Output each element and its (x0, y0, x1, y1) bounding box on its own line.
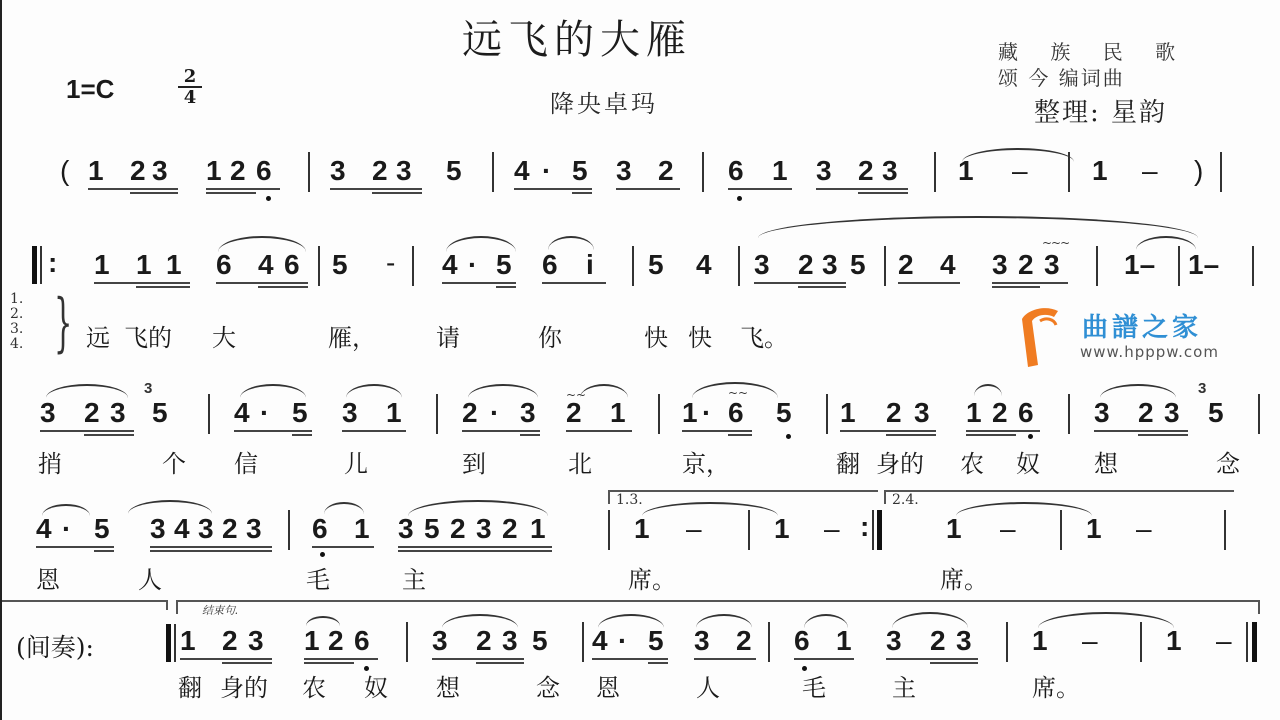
note: 3 (432, 626, 448, 656)
note: 4 (940, 250, 956, 280)
underline (514, 188, 592, 190)
note: 2 (502, 514, 518, 544)
bar-line (748, 510, 750, 550)
note: 6 (542, 250, 558, 280)
ending-label: 结束句. (202, 602, 239, 618)
note: · (490, 398, 499, 428)
note: 4 (174, 514, 190, 544)
watermark-logo: 曲譜之家 www.hpppw.com (1012, 303, 1272, 373)
note: 3 (822, 250, 838, 280)
note: 2 (230, 156, 246, 186)
slur (1100, 384, 1176, 398)
underline (222, 662, 272, 664)
note: 5 (292, 398, 308, 428)
low-octave-dot (1028, 434, 1033, 439)
note: 1 (1032, 626, 1048, 656)
note: 3 (520, 398, 536, 428)
tie (1038, 612, 1174, 628)
note: 2 (328, 626, 344, 656)
underline (330, 188, 422, 190)
note: 1 (530, 514, 546, 544)
note-high-octave: i (586, 250, 594, 280)
bar-line (738, 246, 740, 286)
lyric: 恩 (596, 668, 620, 703)
note: 3 (1094, 398, 1110, 428)
bar-line (1068, 152, 1070, 192)
note: 1 (634, 514, 650, 544)
note: 3 (150, 514, 166, 544)
underline (206, 188, 280, 190)
lyric: 大 (212, 318, 236, 353)
underline (592, 658, 668, 660)
low-octave-dot (320, 552, 325, 557)
note: 2 (1138, 398, 1154, 428)
slur (974, 384, 1002, 396)
note: 2 (450, 514, 466, 544)
bar-line (1224, 510, 1226, 550)
bar-line (1178, 246, 1180, 286)
underline (496, 286, 516, 288)
note: 1 (304, 626, 320, 656)
note: 5 (532, 626, 548, 656)
bar-line (658, 394, 660, 434)
bar-line (1060, 510, 1062, 550)
bar-line (608, 510, 610, 550)
lyric: 席。 (940, 560, 988, 595)
underline (84, 434, 134, 436)
underline (94, 282, 190, 284)
verse-brace: } (54, 288, 72, 358)
lyric: 身的 (876, 444, 924, 479)
low-octave-dot (266, 196, 271, 201)
bar-line (288, 510, 290, 550)
lyric: 信 (234, 444, 258, 479)
note: · (62, 514, 71, 544)
note: 3 (476, 514, 492, 544)
note: 3 (40, 398, 56, 428)
bar-line (308, 152, 310, 192)
note: 3 (248, 626, 264, 656)
dash: – (1136, 514, 1152, 544)
underline (398, 546, 552, 548)
note: 3 (1164, 398, 1180, 428)
underline (966, 434, 1016, 436)
lyric: 席。 (628, 560, 676, 595)
note: 3 (110, 398, 126, 428)
note: 1 (354, 514, 370, 544)
lyric: 快 (644, 318, 668, 353)
bar-line (826, 394, 828, 434)
repeat-start-thin-bar (40, 246, 42, 284)
verse-number: 4. (10, 337, 30, 352)
note: 3 (816, 156, 832, 186)
bar-line (1258, 394, 1260, 434)
underline (1138, 434, 1188, 436)
note-held: 1– (1188, 250, 1219, 280)
note: 1 (136, 250, 152, 280)
underline (432, 658, 524, 660)
underline (728, 434, 752, 436)
note: 5 (648, 626, 664, 656)
dash: – (1082, 626, 1098, 656)
note: 2 (658, 156, 674, 186)
repeat-end-thin-bar (872, 510, 874, 550)
verse-number: 1. (10, 292, 30, 307)
lyric: 念 (1216, 444, 1240, 479)
hpppw-logo-icon (1018, 305, 1062, 367)
underline (94, 550, 114, 552)
underline (616, 188, 680, 190)
note: · (542, 156, 551, 186)
note: 2 (372, 156, 388, 186)
note: 2 (476, 626, 492, 656)
lyric: 念 (536, 668, 560, 703)
underline (292, 434, 312, 436)
dash: – (1000, 514, 1016, 544)
note: 1 (774, 514, 790, 544)
tie (1136, 236, 1196, 250)
underline (476, 662, 524, 664)
bar-line (1220, 152, 1222, 192)
underline (728, 188, 792, 190)
note: 3 (956, 626, 972, 656)
lyric: 人 (696, 668, 720, 703)
bar-line (436, 394, 438, 434)
note: 1 (94, 250, 110, 280)
underline (966, 430, 1040, 432)
score-row-verse-3: 4 · 5 3 4 3 2 3 6 1 3 5 2 3 2 1 1.3. 1 – (2, 488, 1280, 588)
lyric: 主 (402, 560, 426, 595)
lyric: 个 (162, 444, 186, 479)
tie (642, 502, 778, 516)
underline (136, 286, 190, 288)
lyric: 主 (892, 668, 916, 703)
note: 5 (572, 156, 588, 186)
slur (468, 384, 538, 398)
note: 3 (330, 156, 346, 186)
lyric: 席。 (1032, 668, 1080, 703)
bar-line (1096, 246, 1098, 286)
dash: – (824, 514, 840, 544)
score-page: 远飞的大雁 降央卓玛 1=C 2 4 藏 族 民 歌 颂 今 编词曲 整理: 星… (0, 0, 1280, 720)
underline (520, 434, 540, 436)
note: 6 (1018, 398, 1034, 428)
underline (372, 192, 422, 194)
note: 1 (966, 398, 982, 428)
verse-number: 2. (10, 307, 30, 322)
bar-line (884, 246, 886, 286)
note: 3 (754, 250, 770, 280)
note: 3 (152, 156, 168, 186)
lyric: 飞。 (740, 318, 788, 353)
score-row-ending: 结束句. (间奏): 1 2 3 1 2 6 3 2 3 5 4 · 5 3 2 (2, 596, 1280, 720)
lyric: 身的 (220, 668, 268, 703)
score-row-intro: ( 1 2 3 1 2 6 3 2 3 5 4 · 5 3 2 6 1 3 2 … (2, 150, 1280, 210)
volta-bracket-1 (608, 490, 878, 504)
note: 6 (354, 626, 370, 656)
verse-numbers: 1. 2. 3. 4. (10, 292, 30, 352)
repeat-end-dots: : (860, 512, 869, 542)
underline (886, 434, 936, 436)
lyric: 奴 (1016, 444, 1040, 479)
underline (150, 546, 272, 548)
time-signature-top: 2 (184, 66, 197, 87)
bar-line (934, 152, 936, 192)
note: 1 (610, 398, 626, 428)
note: 2 (84, 398, 100, 428)
note: · (468, 250, 477, 280)
underline (648, 662, 668, 664)
note: 4 (592, 626, 608, 656)
underline (992, 286, 1040, 288)
note: 5 (776, 398, 792, 428)
lyric: 京， (682, 444, 730, 479)
note: 3 (886, 626, 902, 656)
bar-line (1006, 622, 1008, 662)
underline (794, 658, 854, 660)
note: 2 (462, 398, 478, 428)
note: 1 (836, 626, 852, 656)
note: 5 (94, 514, 110, 544)
note: 1 (682, 398, 698, 428)
note: 2 (886, 398, 902, 428)
volta-bracket-2 (884, 490, 1234, 504)
low-octave-dot (786, 434, 791, 439)
underline (234, 430, 312, 432)
watermark-url: www.hpppw.com (1080, 343, 1219, 361)
note: 1 (180, 626, 196, 656)
lyric: 想 (436, 668, 460, 703)
note: 1 (1166, 626, 1182, 656)
note: 1 (958, 156, 974, 186)
slur (240, 384, 306, 398)
bar-line (702, 152, 704, 192)
bar-line (582, 622, 584, 662)
note: 3 (992, 250, 1008, 280)
bar-line (632, 246, 634, 286)
note: · (260, 398, 269, 428)
volta-label-1: 1.3. (616, 492, 643, 508)
final-thin-bar (1246, 622, 1248, 662)
underline (312, 546, 374, 548)
note-trill: 2 (566, 398, 582, 428)
note: 1 (946, 514, 962, 544)
note: 5 (152, 398, 168, 428)
underline (566, 430, 632, 432)
bar-line (492, 152, 494, 192)
lyric: 雁， (328, 318, 376, 353)
underline (88, 188, 178, 190)
bar-line (406, 622, 408, 662)
bar-line (1068, 394, 1070, 434)
repeat-start-thick-bar (32, 246, 37, 284)
note: 1 (166, 250, 182, 280)
note: 5 (1208, 398, 1224, 428)
interlude-label: (间奏): (16, 628, 94, 664)
close-paren: ) (1194, 156, 1203, 186)
note: 4 (442, 250, 458, 280)
underline (304, 658, 378, 660)
underline (258, 286, 308, 288)
underline (572, 192, 592, 194)
lyric: 北 (568, 444, 592, 479)
underline (682, 430, 752, 432)
underline (542, 282, 606, 284)
note: 5 (648, 250, 664, 280)
underline (180, 658, 272, 660)
repeat-start-thin-bar (174, 624, 176, 662)
note: 5 (446, 156, 462, 186)
lyric: 儿 (344, 444, 368, 479)
slur (580, 384, 628, 398)
lyric: 捎 (38, 444, 62, 479)
underline (304, 662, 354, 664)
note: 1 (1092, 156, 1108, 186)
watermark-brand: 曲譜之家 (1082, 307, 1202, 344)
tie (956, 502, 1092, 516)
note: 3 (342, 398, 358, 428)
lyric: 农 (302, 668, 326, 703)
open-paren: ( (60, 156, 69, 186)
underline (992, 282, 1068, 284)
underline (342, 430, 406, 432)
note-trill: 3 (1044, 250, 1060, 280)
note: 3 (398, 514, 414, 544)
note: 2 (798, 250, 814, 280)
dash: – (1142, 156, 1158, 186)
note: 6 (284, 250, 300, 280)
underline (816, 188, 908, 190)
note: 2 (130, 156, 146, 186)
lyric: 奴 (364, 668, 388, 703)
note: 4 (258, 250, 274, 280)
note: 6 (216, 250, 232, 280)
note: 1 (840, 398, 856, 428)
note: 2 (736, 626, 752, 656)
note: 4 (234, 398, 250, 428)
lyric: 到 (462, 444, 486, 479)
underline (442, 282, 516, 284)
underline (150, 550, 272, 552)
bar-line (1252, 246, 1254, 286)
underline (216, 282, 308, 284)
note: 5 (496, 250, 512, 280)
underline (798, 286, 846, 288)
note: 3 (882, 156, 898, 186)
note: 2 (1018, 250, 1034, 280)
bar-line (768, 622, 770, 662)
note: 2 (898, 250, 914, 280)
underline (840, 430, 936, 432)
dash: – (1216, 626, 1232, 656)
lyric: 想 (1094, 444, 1118, 479)
underline (40, 430, 134, 432)
lyric: 请 (436, 318, 460, 353)
volta-label-2: 2.4. (892, 492, 919, 508)
lyric: 远 (86, 318, 110, 353)
note: 2 (930, 626, 946, 656)
bar-line (208, 394, 210, 434)
note: 2 (222, 514, 238, 544)
underline (1094, 430, 1188, 432)
underline (462, 430, 540, 432)
note: 4 (696, 250, 712, 280)
note: 5 (424, 514, 440, 544)
trill-mark: ~~~ (1042, 236, 1069, 250)
note: 3 (198, 514, 214, 544)
note: 1 (88, 156, 104, 186)
note: 3 (694, 626, 710, 656)
verse-number: 3. (10, 322, 30, 337)
note: 1 (206, 156, 222, 186)
lyric: 翻 (178, 668, 202, 703)
time-signature: 2 4 (178, 68, 202, 106)
bar-line (1140, 622, 1142, 662)
key-signature: 1=C (66, 74, 114, 105)
lyric: 你 (538, 318, 562, 353)
underline (206, 192, 256, 194)
note: 1 (1086, 514, 1102, 544)
slur (346, 384, 402, 398)
note: 3 (616, 156, 632, 186)
lyric: 人 (138, 560, 162, 595)
low-octave-dot (737, 196, 742, 201)
slur (128, 500, 212, 514)
underline (130, 192, 178, 194)
score-row-verse-2: 3 2 3 3 5 4 · 5 3 1 2 · 3 ~~ 2 1 1 · ~~ … (2, 380, 1280, 480)
repeat-end-thick-bar (877, 510, 882, 550)
note: 1 (772, 156, 788, 186)
note: 2 (222, 626, 238, 656)
underline (858, 192, 908, 194)
lyric: 毛 (802, 668, 826, 703)
lyric: 翻 (836, 444, 860, 479)
note: 6 (794, 626, 810, 656)
lyric: 农 (960, 444, 984, 479)
long-slur (758, 216, 1198, 238)
note: 6 (256, 156, 272, 186)
credit-origin: 藏 族 民 歌 (998, 36, 1177, 65)
underline (898, 282, 960, 284)
note-held: 1– (1124, 250, 1155, 280)
note: 5 (850, 250, 866, 280)
interlude-bracket (2, 600, 166, 602)
dash: - (386, 248, 395, 278)
note: · (618, 626, 627, 656)
note: 3 (502, 626, 518, 656)
bar-line (318, 246, 320, 286)
lyric: 恩 (36, 560, 60, 595)
singer-name: 降央卓玛 (550, 84, 658, 119)
lyric: 飞的 (124, 318, 172, 353)
credit-composer: 颂 今 编词曲 (998, 62, 1125, 91)
underline (694, 658, 756, 660)
repeat-dots: : (48, 248, 57, 278)
underline (930, 662, 978, 664)
grace-note: 3 (1198, 380, 1206, 397)
lyric: 快 (688, 318, 712, 353)
slur (548, 236, 594, 250)
note: 2 (992, 398, 1008, 428)
final-thick-bar (1252, 622, 1257, 662)
note: 3 (246, 514, 262, 544)
time-signature-bottom: 4 (184, 87, 197, 108)
underline (36, 546, 114, 548)
dash: – (686, 514, 702, 544)
song-title: 远飞的大雁 (462, 8, 692, 65)
underline (886, 658, 978, 660)
note: · (702, 398, 711, 428)
